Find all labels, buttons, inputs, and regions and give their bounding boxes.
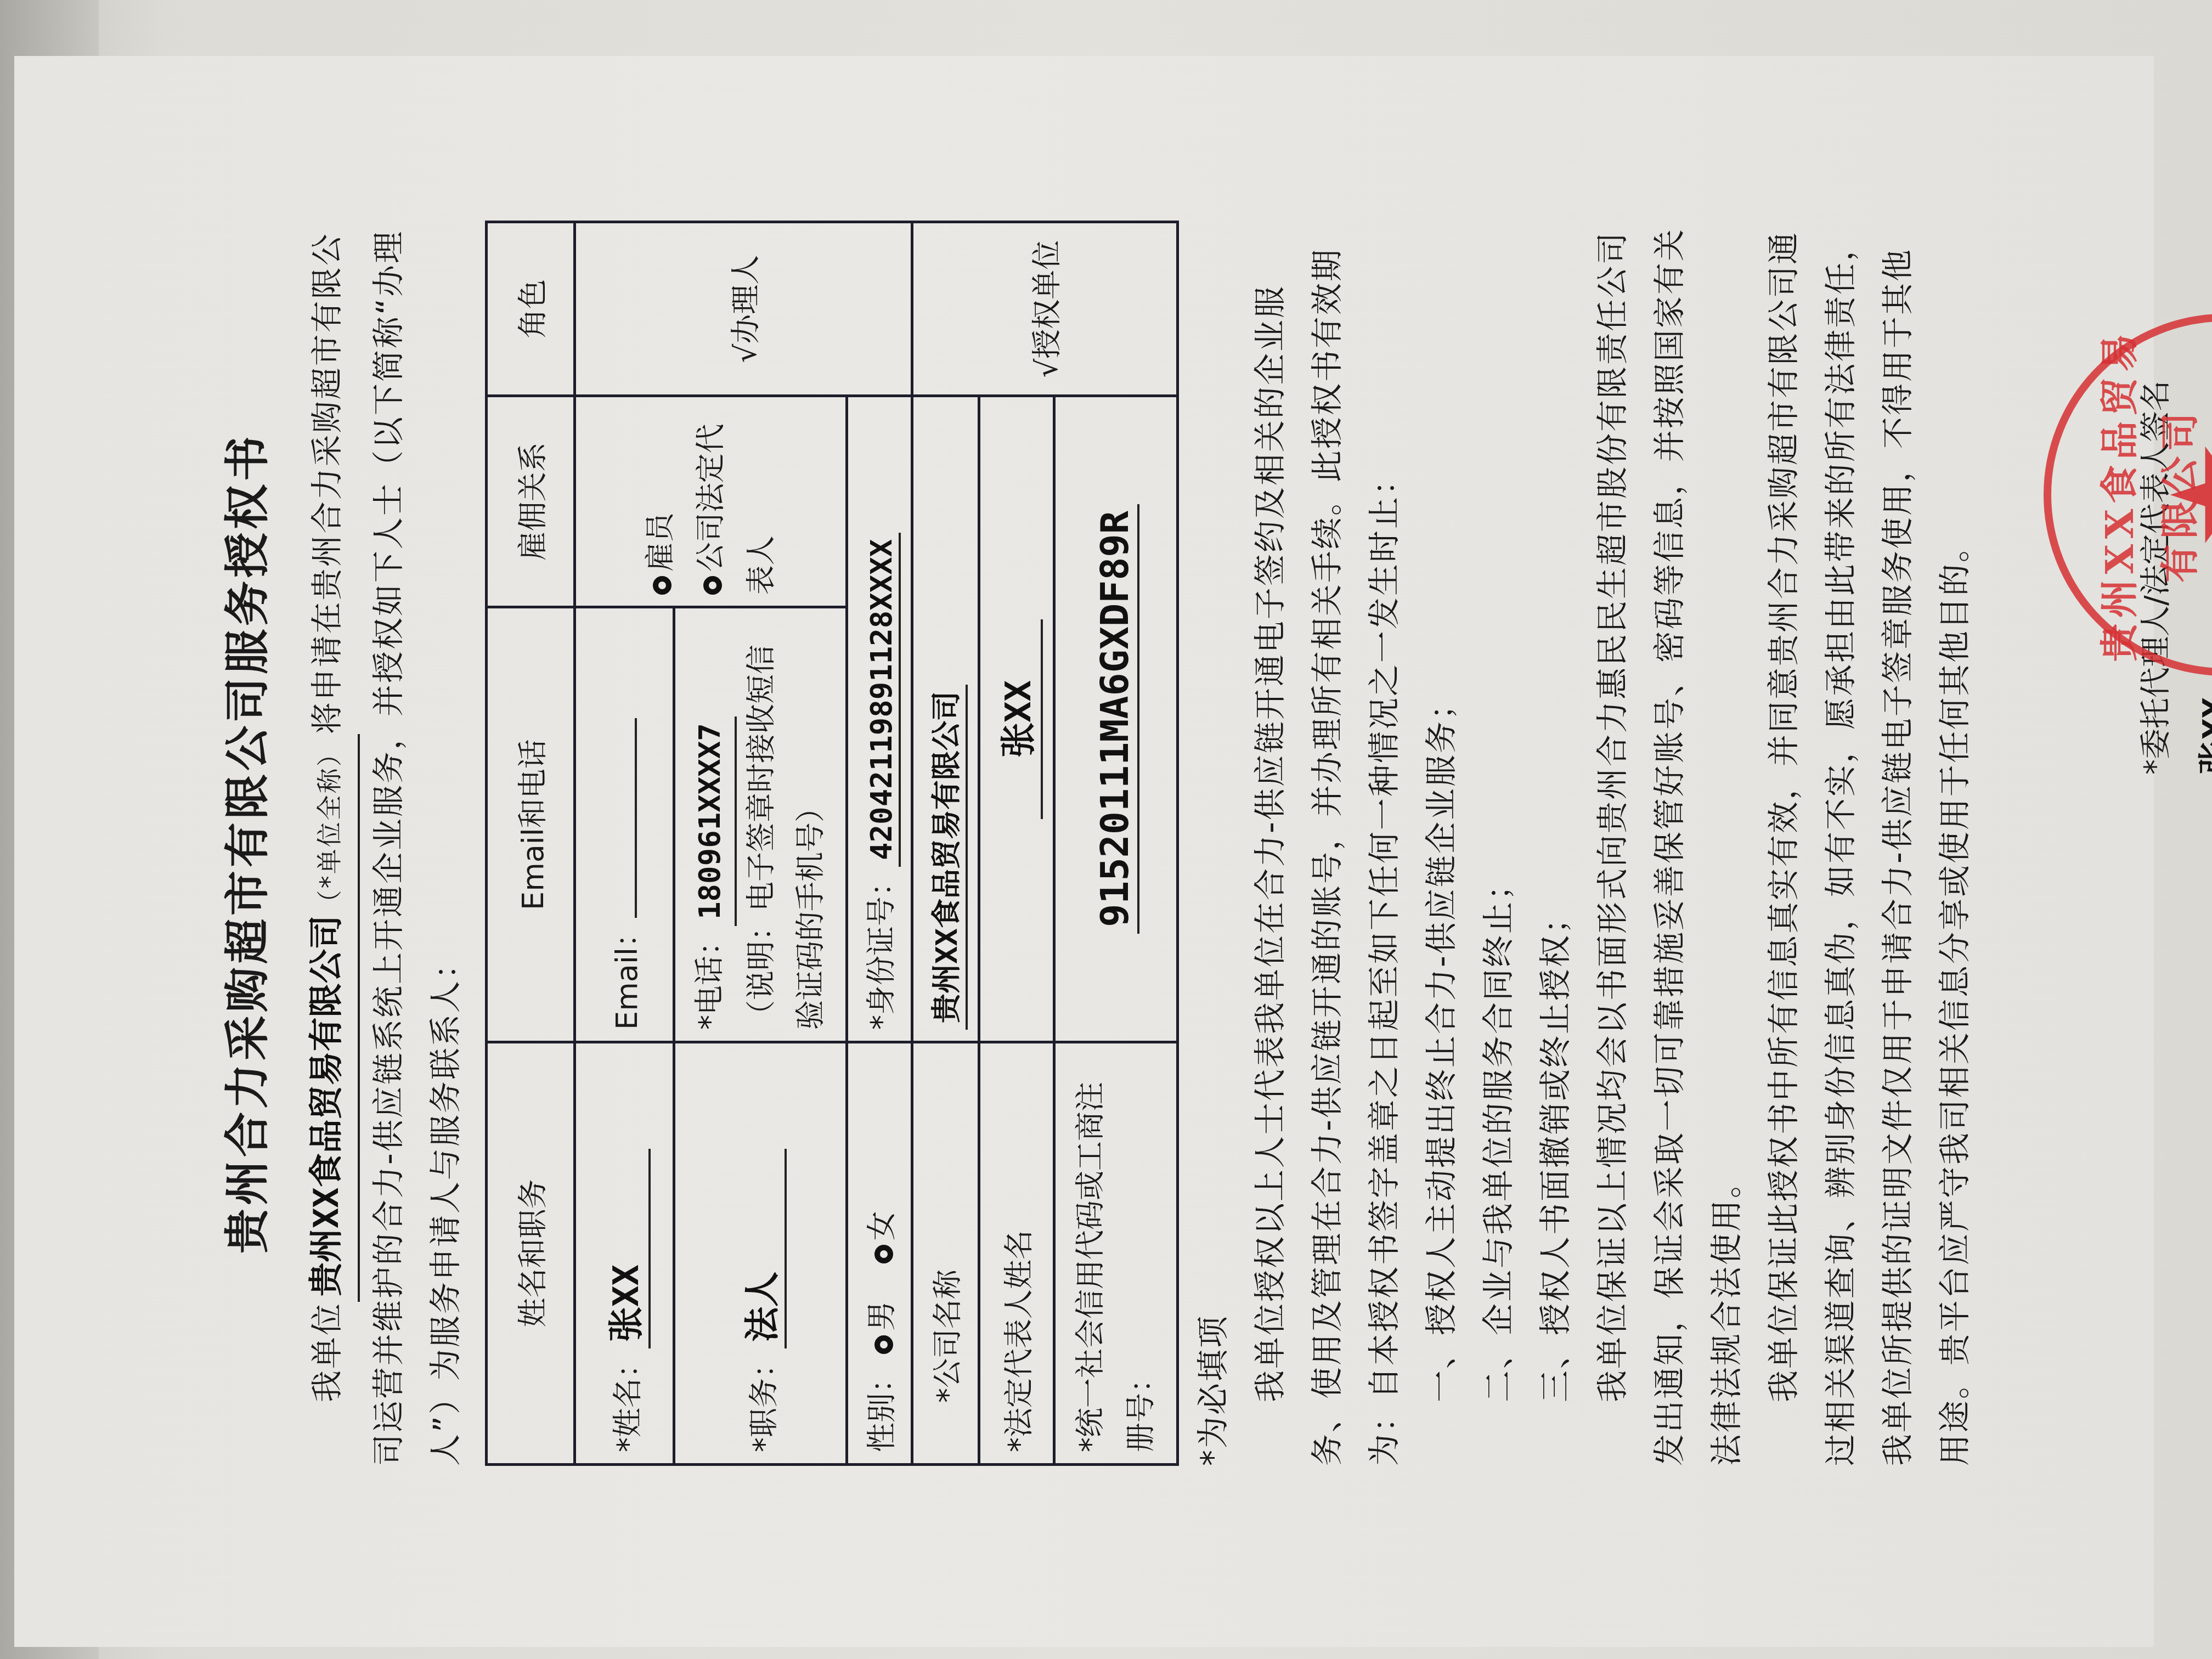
company-field[interactable]: 贵州XX食品贸易有限公司 [923, 685, 968, 1030]
list-item: 二、企业与我单位的服务合同终止； [1470, 221, 1527, 1466]
phone-field[interactable]: 180961XXXX7 [685, 716, 737, 926]
company-seal: 贵州XX食品贸易有限公司 ★ XXXXXXXXXXX [2044, 314, 2212, 676]
header-employment: 雇佣关系 [487, 396, 575, 607]
credit-code-label-cell: *统一社会信用代码或工商注册号： [1054, 1042, 1178, 1464]
header-email-phone: Email和电话 [487, 607, 575, 1042]
role-agent: √办理人 [729, 255, 763, 363]
gender-cell: 性别： 男 女 [847, 1042, 912, 1464]
phone-note: （说明：电子签章时接收短信验证码的手机号） [737, 619, 836, 1030]
table-row: 性别： 男 女 *身份证号：42042119891128XXXX [847, 222, 912, 1465]
role-cell-agent: √办理人 [575, 222, 912, 396]
email-label: Email： [610, 918, 644, 1030]
role-cell-unit: √授权单位 [912, 222, 1178, 396]
title-cell: *职务：法人 [674, 1042, 847, 1464]
list-item: 三、授权人书面撤销或终止授权； [1527, 221, 1584, 1466]
radio-icon [874, 1245, 893, 1263]
paragraph-authorization-scope: 我单位授权以上人士代表我单位在合力-供应链开通电子签约及相关的企业服务、使用及管… [1242, 221, 1413, 1466]
unit-name-field[interactable]: 贵州XX食品贸易有限公司（*单位全称） [298, 734, 360, 1302]
list-item: 一、授权人主动提出终止合力-供应链企业服务； [1413, 221, 1470, 1466]
paragraph-information-guarantee: 我单位保证此授权书中所有信息真实有效，并同意贵州合力采购超市有限公司通过相关渠道… [1755, 221, 1983, 1466]
signature-block: 贵州XX食品贸易有限公司 ★ XXXXXXXXXXX *委托代理人/法定代表人签… [2126, 221, 2212, 775]
company-value-cell: 贵州XX食品贸易有限公司 [912, 396, 979, 1042]
credit-code-field[interactable]: 91520111MA6GXDF89R [1092, 504, 1139, 934]
legal-rep-label-cell: *法定代表人姓名 [979, 1042, 1054, 1464]
gender-label: 性别： [865, 1363, 899, 1452]
legal-rep-label: *法定代表人姓名 [1002, 1230, 1036, 1452]
id-cell: *身份证号：42042119891128XXXX [847, 396, 912, 1042]
header-name-title: 姓名和职务 [487, 1042, 575, 1464]
authorization-document-page: 贵州合力采购超市有限公司服务授权书 我单位贵州XX食品贸易有限公司（*单位全称）… [14, 56, 2154, 1647]
unit-name-hint: （*单位全称） [314, 740, 344, 915]
credit-code-value-cell: 91520111MA6GXDF89R [1054, 396, 1178, 1042]
table-row: *姓名：张XX Email： 雇员 公司法定代表人 √办理人 [575, 222, 674, 1465]
phone-cell: *电话：180961XXXX7 （说明：电子签章时接收短信验证码的手机号） [674, 607, 847, 1042]
table-row: *法定代表人姓名 张XX [979, 222, 1054, 1465]
gender-option-female[interactable]: 女 [865, 1211, 899, 1263]
id-label: *身份证号： [864, 867, 899, 1030]
title-field[interactable]: 法人 [734, 1149, 787, 1348]
title-label: *职务： [747, 1348, 781, 1452]
radio-icon [874, 1335, 893, 1354]
name-field[interactable]: 张XX [598, 1149, 651, 1348]
radio-icon [653, 576, 672, 595]
intro-prefix: 我单位 [308, 1302, 346, 1402]
phone-label: *电话： [692, 926, 727, 1030]
role-authorizing-unit: √授权单位 [1030, 240, 1064, 377]
relation-option-employee[interactable]: 雇员 [635, 408, 686, 595]
table-header-row: 姓名和职务 Email和电话 雇佣关系 角色 [487, 222, 575, 1465]
credit-code-label: *统一社会信用代码或工商注册号： [1073, 1082, 1158, 1452]
applicant-table: 姓名和职务 Email和电话 雇佣关系 角色 *姓名：张XX Email： 雇员… [485, 221, 1179, 1466]
id-field[interactable]: 42042119891128XXXX [864, 533, 901, 867]
table-row: *公司名称 贵州XX食品贸易有限公司 √授权单位 [912, 222, 979, 1465]
document-title: 贵州合力采购超市有限公司服务授权书 [212, 221, 276, 1466]
header-role: 角色 [487, 222, 575, 396]
company-label-cell: *公司名称 [912, 1042, 979, 1464]
intro-paragraph: 我单位贵州XX食品贸易有限公司（*单位全称）将申请在贵州合力采购超市有限公司运营… [298, 221, 474, 1466]
relation-option-legal-rep[interactable]: 公司法定代表人 [686, 408, 787, 595]
star-icon: ★ [2155, 438, 2212, 551]
paragraph-notification-guarantee: 我单位保证以上情况均会以书面形式向贵州合力惠民民生超市股份有限责任公司发出通知，… [1584, 221, 1755, 1466]
name-label: *姓名： [611, 1348, 645, 1452]
gender-option-male[interactable]: 男 [865, 1301, 899, 1354]
legal-rep-value-cell: 张XX [979, 396, 1054, 1042]
email-field[interactable] [635, 718, 637, 918]
email-cell: Email： [575, 607, 674, 1042]
radio-icon [703, 576, 722, 595]
name-cell: *姓名：张XX [575, 1042, 674, 1464]
required-note: *为必填项 [1184, 221, 1242, 1466]
table-row: *统一社会信用代码或工商注册号： 91520111MA6GXDF89R [1054, 222, 1178, 1465]
unit-name-handwritten: 贵州XX食品贸易有限公司 [306, 915, 346, 1296]
legal-rep-field[interactable]: 张XX [990, 619, 1043, 819]
employment-cell: 雇员 公司法定代表人 [575, 396, 847, 607]
company-label: *公司名称 [930, 1269, 965, 1403]
